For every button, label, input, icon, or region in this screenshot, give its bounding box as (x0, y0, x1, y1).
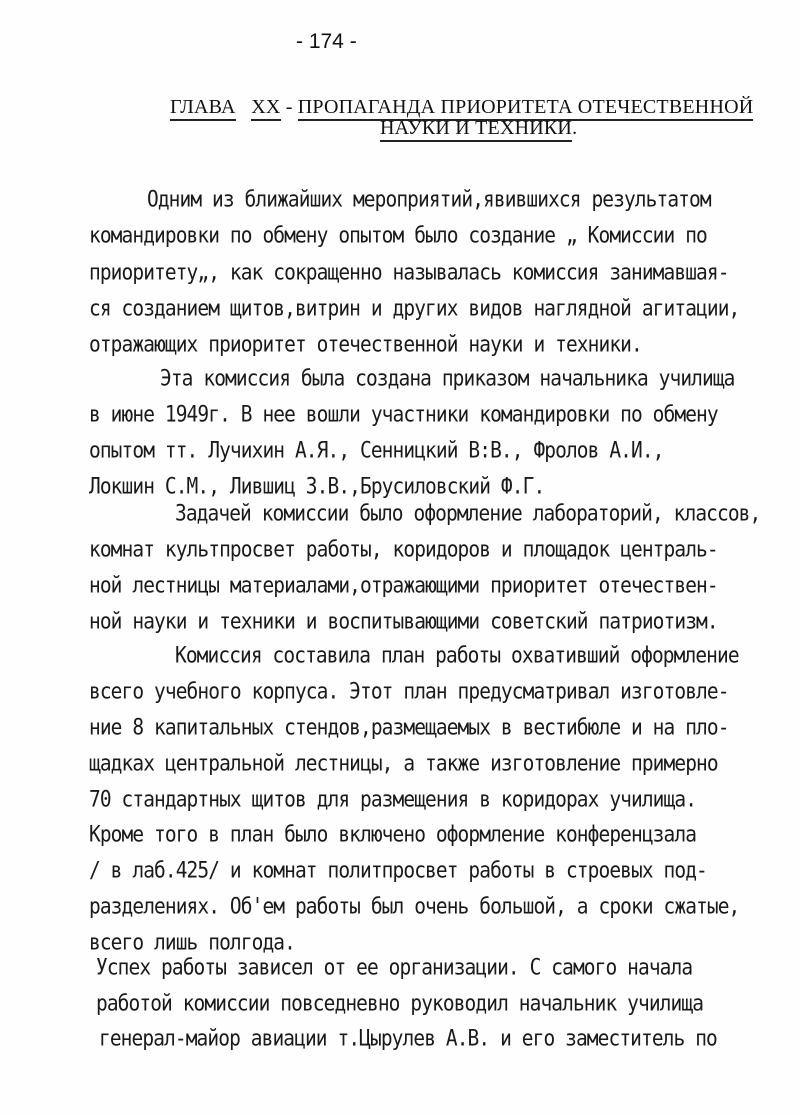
text-line: щадках центральной лестницы, а также изг… (89, 750, 718, 776)
chapter-heading-line-2: НАУКИ И ТЕХНИКИ. (380, 117, 577, 139)
text-line: командировки по обмену опытом было созда… (89, 222, 707, 248)
text-line: Локшин С.М., Лившиц З.В.,Брусиловский Ф.… (89, 473, 544, 499)
text-line: ся созданием щитов,витрин и других видов… (89, 295, 739, 321)
text-line: Комиссия составила план работы охвативши… (175, 642, 739, 668)
text-line: Задачей комиссии было оформление лаборат… (175, 500, 760, 526)
text-line: работой комиссии повседневно руководил н… (96, 990, 703, 1016)
text-line: разделениях. Об'ем работы был очень боль… (89, 893, 739, 919)
chapter-dash: - (286, 96, 293, 118)
text-line: отражающих приоритет отечественной науки… (89, 331, 642, 357)
text-line: в июне 1949г. В нее вошли участники кома… (89, 401, 718, 427)
text-line: всего учебного корпуса. Этот план предус… (89, 678, 729, 704)
text-line: комнат культпросвет работы, коридоров и … (89, 536, 718, 562)
text-line: Успех работы зависел от ее организации. … (96, 954, 692, 980)
page-number: - 174 - (296, 30, 357, 54)
text-line: ной науки и техники и воспитывающими сов… (89, 608, 718, 634)
chapter-label: ГЛАВА (170, 96, 236, 121)
text-line: Одним из ближайших мероприятий,явившихся… (147, 186, 711, 212)
text-line: / в лаб.425/ и комнат политпросвет работ… (89, 857, 707, 883)
chapter-title-period: . (572, 117, 577, 139)
text-line: всего лишь полгода. (89, 929, 295, 955)
text-line: опытом тт. Лучихин А.Я., Сенницкий В:В.,… (89, 437, 664, 463)
text-line: ной лестницы материалами,отражающими при… (89, 572, 718, 598)
text-line: ние 8 капитальных стендов,размещаемых в … (89, 714, 729, 740)
text-line: Кроме того в план было включено оформлен… (89, 821, 696, 847)
chapter-heading-line-1: ГЛАВА XX - ПРОПАГАНДА ПРИОРИТЕТА ОТЕЧЕСТ… (170, 96, 753, 118)
text-line: приоритету„, как сокращенно называлась к… (89, 259, 729, 285)
text-line: 70 стандартных щитов для размещения в ко… (89, 786, 696, 812)
text-line: Эта комиссия была создана приказом начал… (160, 365, 735, 391)
chapter-numeral: XX (251, 96, 280, 121)
text-line: генерал-майор авиации т.Цырулев А.В. и е… (99, 1025, 717, 1051)
chapter-title-line-2: НАУКИ И ТЕХНИКИ (380, 117, 572, 142)
